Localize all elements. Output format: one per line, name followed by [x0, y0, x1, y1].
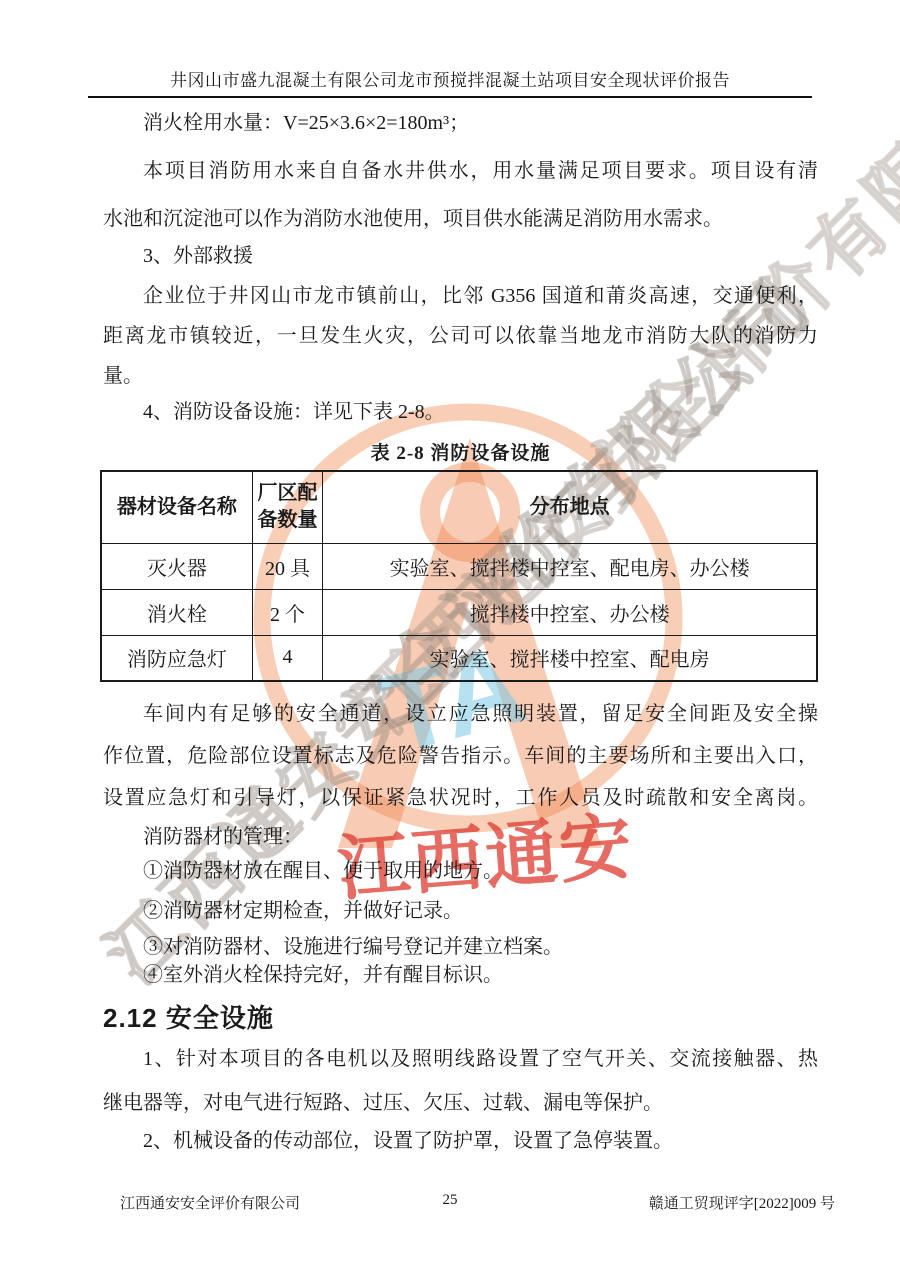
table-caption: 表 2-8 消防设备设施 [103, 438, 818, 465]
column-header-quantity: 厂区配备数量 [252, 471, 323, 543]
fire-equipment-table: 器材设备名称 厂区配备数量 分布地点 灭火器 20 具 实验室、搅拌楼中控室、配… [100, 470, 818, 682]
body-line: 消火栓用水量：V=25×3.6×2=180m³； [103, 110, 818, 137]
table-cell: 灭火器 [101, 543, 252, 589]
body-line: 2、机械设备的传动部位，设置了防护罩，设置了急停装置。 [103, 1128, 818, 1155]
table-row: 灭火器 20 具 实验室、搅拌楼中控室、配电房、办公楼 [101, 543, 817, 589]
table-cell: 搅拌楼中控室、办公楼 [323, 589, 817, 635]
body-line: 1、针对本项目的各电机以及照明线路设置了空气开关、交流接触器、热 [103, 1046, 818, 1073]
header-divider [88, 96, 812, 98]
table-cell: 消防应急灯 [101, 635, 252, 681]
body-line: ②消防器材定期检查，并做好记录。 [103, 898, 818, 925]
table-cell: 2 个 [252, 589, 323, 635]
table-row: 消火栓 2 个 搅拌楼中控室、办公楼 [101, 589, 817, 635]
body-line: 设置应急灯和引导灯，以保证紧急状况时，工作人员及时疏散和安全离岗。 [103, 785, 818, 812]
body-line: 车间内有足够的安全通道，设立应急照明装置，留足安全间距及安全操 [103, 701, 818, 728]
table-cell: 4 [252, 635, 323, 681]
body-line: ①消防器材放在醒目、便于取用的地方。 [103, 858, 818, 885]
body-line: 4、消防设备设施：详见下表 2-8。 [103, 399, 818, 426]
body-line: ④室外消火栓保持完好，并有醒目标识。 [103, 962, 818, 989]
table-cell: 实验室、搅拌楼中控室、配电房、办公楼 [323, 543, 817, 589]
table-cell: 实验室、搅拌楼中控室、配电房 [323, 635, 817, 681]
page-header-title: 井冈山市盛九混凝土有限公司龙市预搅拌混凝土站项目安全现状评价报告 [0, 66, 900, 91]
table-row: 消防应急灯 4 实验室、搅拌楼中控室、配电房 [101, 635, 817, 681]
column-header-equipment-name: 器材设备名称 [101, 471, 252, 543]
body-line: 距离龙市镇较近，一旦发生火灾，公司可以依靠当地龙市消防大队的消防力 [103, 323, 818, 350]
body-line: ③对消防器材、设施进行编号登记并建立档案。 [103, 934, 818, 961]
body-line: 本项目消防用水来自自备水井供水，用水量满足项目要求。项目设有清 [103, 158, 818, 185]
body-line: 水池和沉淀池可以作为消防水池使用，项目供水能满足消防用水需求。 [103, 206, 818, 233]
column-header-location: 分布地点 [323, 471, 817, 543]
document-page: TA 江西通安安全评价有限公司 江西通安安全评价有限公司 江西通安 井冈山市盛九… [0, 0, 900, 1274]
body-line: 继电器等，对电气进行短路、过压、欠压、过载、漏电等保护。 [103, 1090, 818, 1117]
page-content: 井冈山市盛九混凝土有限公司龙市预搅拌混凝土站项目安全现状评价报告 消火栓用水量：… [0, 0, 900, 1274]
body-line: 作位置，危险部位设置标志及危险警告指示。车间的主要场所和主要出入口， [103, 743, 818, 770]
body-line: 消防器材的管理： [103, 824, 818, 851]
section-heading-2-12: 2.12 安全设施 [103, 998, 274, 1035]
table-cell: 消火栓 [101, 589, 252, 635]
table-cell: 20 具 [252, 543, 323, 589]
table-header-row: 器材设备名称 厂区配备数量 分布地点 [101, 471, 817, 543]
body-line: 企业位于井冈山市龙市镇前山，比邻 G356 国道和莆炎高速，交通便利， [103, 283, 818, 310]
body-line: 量。 [103, 363, 818, 390]
footer-doc-number: 赣通工贸现评字[2022]009 号 [649, 1192, 835, 1213]
body-line: 3、外部救援 [103, 243, 818, 270]
